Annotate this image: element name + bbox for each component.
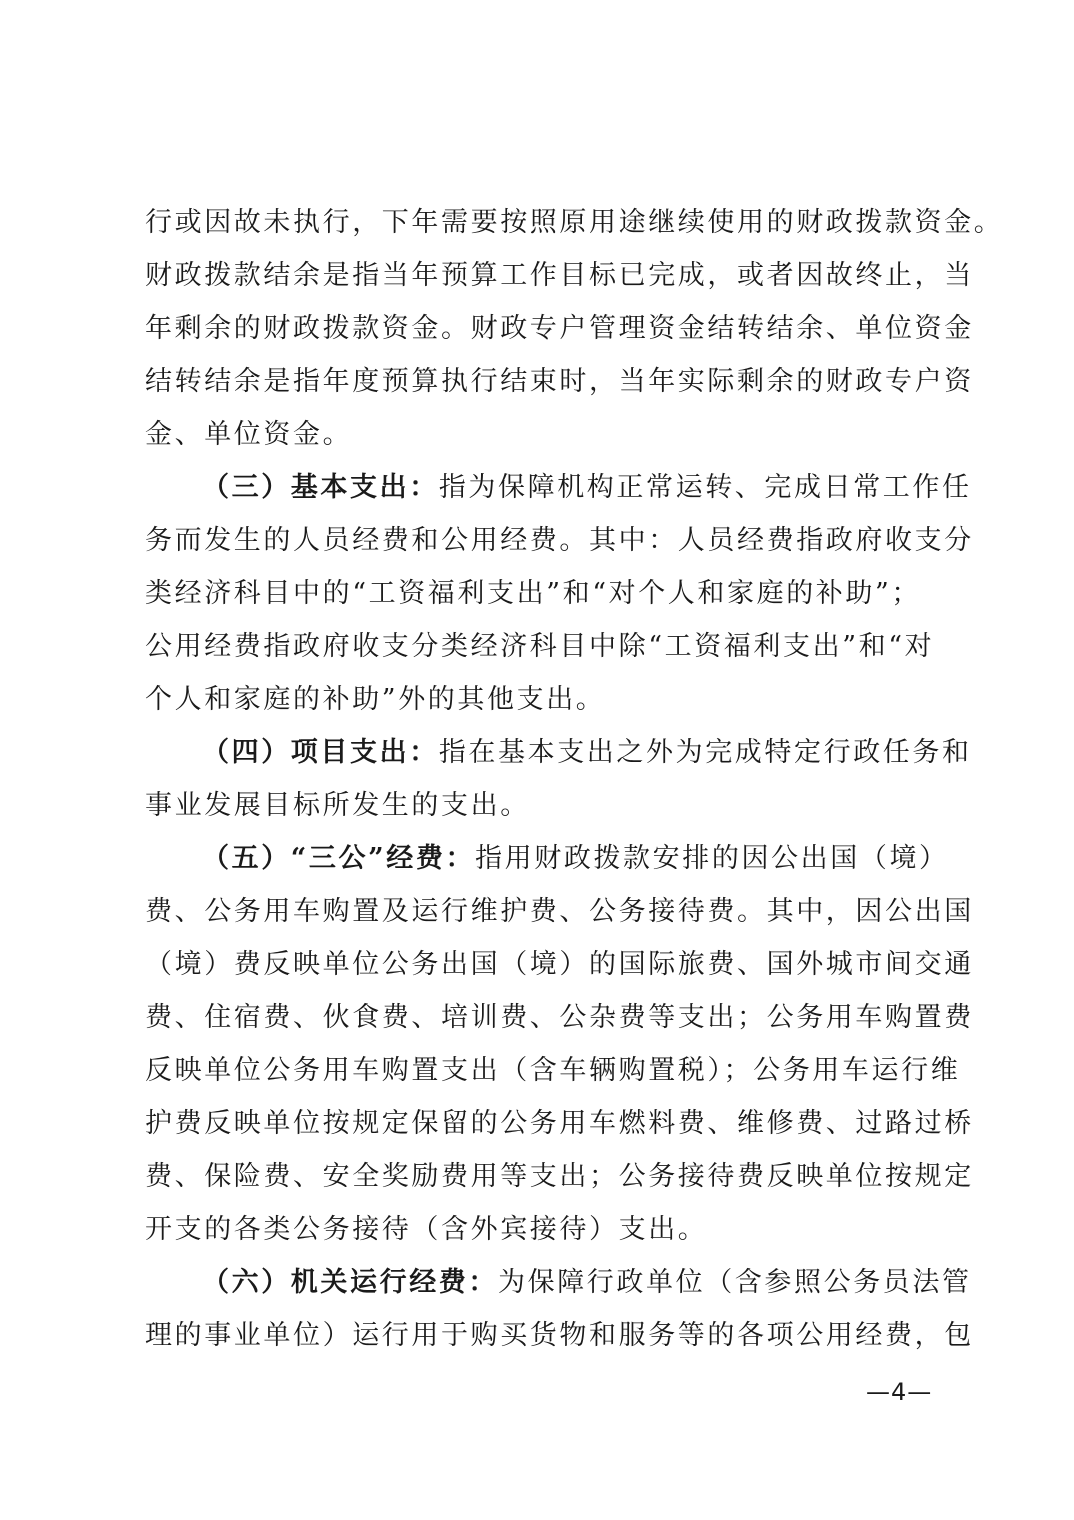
text-run: 指为保障机构正常运转、完成日常工作任 — [439, 472, 972, 503]
paragraph-first-line: （三）基本支出：指为保障机构正常运转、完成日常工作任 — [145, 461, 945, 514]
text-line: 财政拨款结余是指当年预算工作目标已完成，或者因故终止，当 — [145, 249, 945, 302]
text-run: 指用财政拨款安排的因公出国（境） — [475, 843, 949, 874]
text-line: 护费反映单位按规定保留的公务用车燃料费、维修费、过路过桥 — [145, 1097, 945, 1150]
text-line: 反映单位公务用车购置支出（含车辆购置税）；公务用车运行维 — [145, 1044, 945, 1097]
text-line: 事业发展目标所发生的支出。 — [145, 779, 945, 832]
text-line: 理的事业单位）运行用于购买货物和服务等的各项公用经费，包 — [145, 1309, 945, 1362]
text-run: 为保障行政单位（含参照公务员法管 — [498, 1267, 972, 1298]
text-line: 公用经费指政府收支分类经济科目中除“工资福利支出”和“对 — [145, 620, 945, 673]
section-heading-agency-operating-expenses: （六）机关运行经费： — [202, 1267, 498, 1298]
text-line: （境）费反映单位公务出国（境）的国际旅费、国外城市间交通 — [145, 938, 945, 991]
text-line: 费、保险费、安全奖励费用等支出；公务接待费反映单位按规定 — [145, 1150, 945, 1203]
text-line: 金、单位资金。 — [145, 408, 945, 461]
text-run: 指在基本支出之外为完成特定行政任务和 — [439, 737, 972, 768]
paragraph-first-line: （五）“三公”经费：指用财政拨款安排的因公出国（境） — [145, 832, 945, 885]
text-line: 费、住宿费、伙食费、培训费、公杂费等支出；公务用车购置费 — [145, 991, 945, 1044]
document-body: 行或因故未执行，下年需要按照原用途继续使用的财政拨款资金。 财政拨款结余是指当年… — [145, 196, 945, 1362]
section-heading-basic-expenditure: （三）基本支出： — [202, 472, 439, 503]
text-line: 务而发生的人员经费和公用经费。其中：人员经费指政府收支分 — [145, 514, 945, 567]
document-page: 行或因故未执行，下年需要按照原用途继续使用的财政拨款资金。 财政拨款结余是指当年… — [0, 0, 1074, 1520]
text-line: 行或因故未执行，下年需要按照原用途继续使用的财政拨款资金。 — [145, 196, 945, 249]
paragraph-first-line: （四）项目支出：指在基本支出之外为完成特定行政任务和 — [145, 726, 945, 779]
text-line: 结转结余是指年度预算执行结束时，当年实际剩余的财政专户资 — [145, 355, 945, 408]
text-line: 费、公务用车购置及运行维护费、公务接待费。其中，因公出国 — [145, 885, 945, 938]
section-heading-three-public-expenses: （五）“三公”经费： — [202, 843, 475, 874]
text-line: 个人和家庭的补助”外的其他支出。 — [145, 673, 945, 726]
section-heading-project-expenditure: （四）项目支出： — [202, 737, 439, 768]
text-line: 类经济科目中的“工资福利支出”和“对个人和家庭的补助”； — [145, 567, 945, 620]
paragraph-first-line: （六）机关运行经费：为保障行政单位（含参照公务员法管 — [145, 1256, 945, 1309]
text-line: 开支的各类公务接待（含外宾接待）支出。 — [145, 1203, 945, 1256]
text-line: 年剩余的财政拨款资金。财政专户管理资金结转结余、单位资金 — [145, 302, 945, 355]
page-number: —4— — [866, 1378, 932, 1406]
